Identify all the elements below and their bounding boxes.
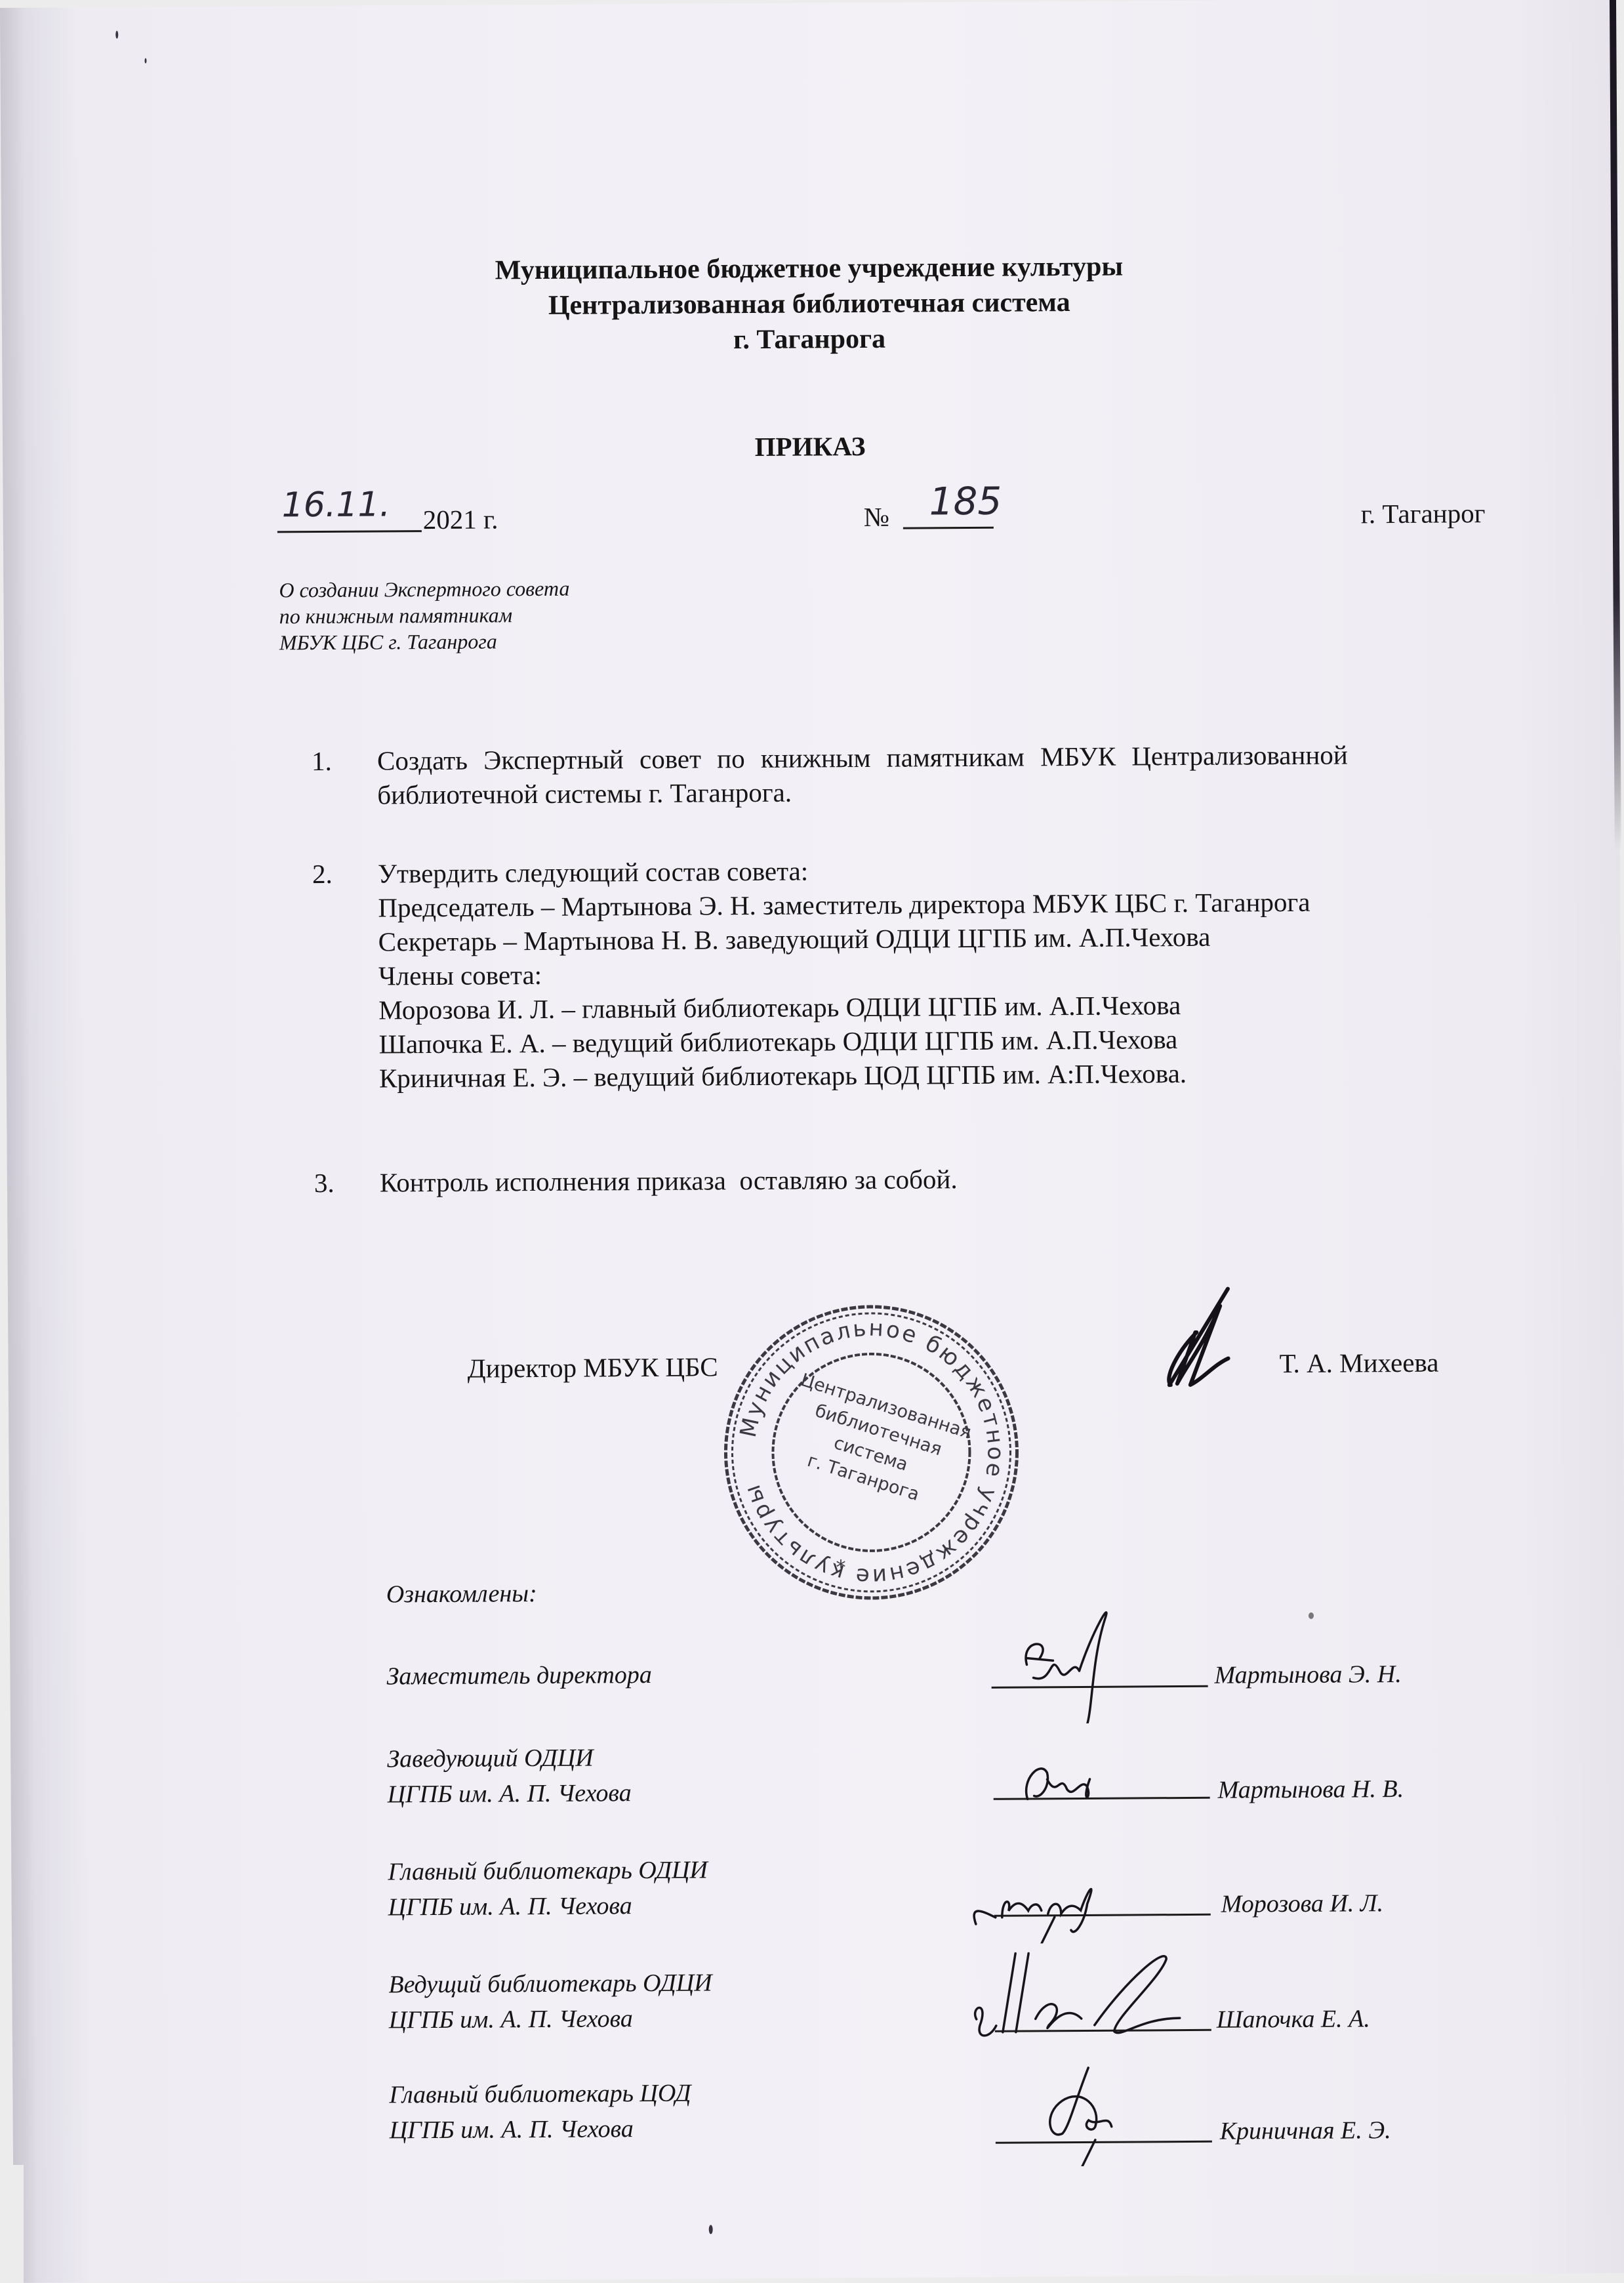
date-underline — [277, 530, 422, 533]
date-handwritten: 16.11. — [281, 487, 390, 522]
item-line: Контроль исполнения приказа оставляю за … — [380, 1158, 1567, 1199]
ack-position-line: Ведущий библиотекарь ОДЦИ — [388, 1965, 712, 2002]
council-member: Криничная Е. Э. – ведущий библиотекарь Ц… — [379, 1054, 1566, 1095]
signature-icon — [1036, 2061, 1135, 2166]
director-signature — [0, 0, 1615, 8]
subject-line: МБУК ЦБС г. Таганрога — [279, 628, 570, 656]
date-number-row: 16.11. 2021 г. № 185 г. Таганрог — [0, 0, 1615, 8]
ack-position-line: ЦГПБ им. А. П. Чехова — [387, 1775, 631, 1812]
signature-icon — [963, 1939, 1213, 2046]
scan-speck — [144, 58, 146, 64]
ack-position-line: ЦГПБ им. А. П. Чехова — [390, 2111, 691, 2149]
stamp-star: * — [836, 1556, 845, 1579]
city: г. Таганрог — [1361, 500, 1486, 527]
ack-position-line: Главный библиотекарь ОДЦИ — [388, 1852, 708, 1889]
acknowledgement-heading: Ознакомлены: — [386, 1576, 537, 1612]
order-subject: О создании Экспертного совета по книжным… — [279, 575, 570, 656]
stamp-seal-icon: Муниципальное бюджетное учреждение культ… — [716, 1297, 1026, 1607]
ack-position-line: Заместитель директора — [386, 1657, 652, 1694]
scan-speck — [1309, 1613, 1314, 1619]
ack-entry-position: Заведующий ОДЦИ ЦГПБ им. А. П. Чехова — [387, 1740, 632, 1812]
subject-line: по книжным памятникам — [279, 602, 570, 630]
signature-icon — [956, 1864, 1127, 1944]
ack-name: Шапочка Е. А. — [1217, 2004, 1370, 2034]
signature-icon — [1013, 1592, 1132, 1724]
item-number: 3. — [314, 1166, 335, 1200]
ack-position-line: ЦГПБ им. А. П. Чехова — [388, 1887, 708, 1925]
number-handwritten: 185 — [929, 482, 1002, 521]
ack-position-line: ЦГПБ им. А. П. Чехова — [389, 2000, 713, 2038]
ack-entry-position: Главный библиотекарь ОДЦИ ЦГПБ им. А. П.… — [388, 1852, 708, 1925]
document-page: Муниципальное бюджетное учреждение культ… — [0, 0, 1624, 2283]
ack-entry-position: Главный библиотекарь ЦОД ЦГПБ им. А. П. … — [389, 2076, 691, 2149]
ack-position-line: Главный библиотекарь ЦОД — [389, 2076, 691, 2113]
item-number: 1. — [312, 744, 332, 778]
director-title: Директор МБУК ЦБС — [468, 1353, 718, 1382]
ack-name: Мартынова Э. Н. — [1214, 1660, 1401, 1690]
ack-position-line: Заведующий ОДЦИ — [387, 1740, 631, 1777]
subject-line: О создании Экспертного совета — [279, 575, 569, 604]
scan-speck — [709, 2225, 713, 2234]
scan-speck — [115, 31, 118, 39]
organization-header: Муниципальное бюджетное учреждение культ… — [1, 246, 1617, 362]
item-line: библиотечной системы г. Таганрога. — [377, 770, 1564, 812]
date-year: 2021 г. — [423, 506, 498, 533]
signature-icon — [1021, 1753, 1120, 1813]
number-sign: № — [864, 504, 889, 531]
document-type-title: ПРИКАЗ — [3, 426, 1617, 467]
director-signature-icon — [1157, 1286, 1236, 1392]
ack-entry-position: Ведущий библиотекарь ОДЦИ ЦГПБ им. А. П.… — [388, 1965, 712, 2038]
ack-name: Криничная Е. Э. — [1220, 2116, 1391, 2146]
ack-name: Морозова И. Л. — [1221, 1889, 1384, 1919]
item-number: 2. — [312, 857, 333, 891]
number-underline — [903, 527, 994, 529]
ack-entry-position: Заместитель директора — [386, 1657, 652, 1694]
scanned-page-background: Муниципальное бюджетное учреждение культ… — [0, 0, 1624, 2283]
director-name: Т. А. Михеева — [1280, 1349, 1439, 1377]
scan-margin — [0, 2165, 24, 2283]
ack-name: Мартынова Н. В. — [1217, 1775, 1404, 1805]
official-stamp: Муниципальное бюджетное учреждение культ… — [716, 1297, 1026, 1607]
